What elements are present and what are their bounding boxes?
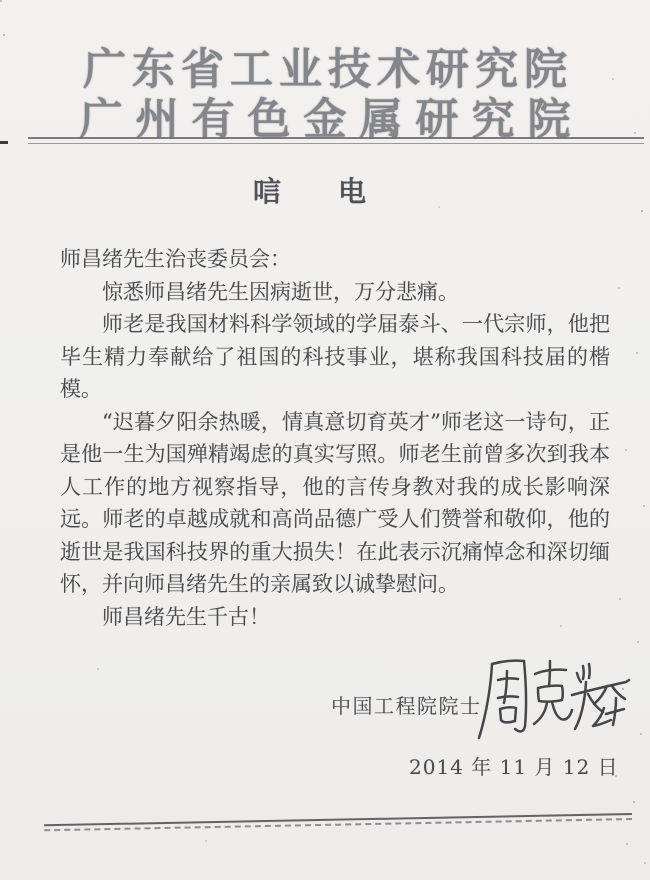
scan-edge-mark <box>0 141 8 144</box>
scan-noise-speckles <box>0 0 2 2</box>
signer-role: 中国工程院院士 <box>331 690 482 719</box>
handwritten-signature <box>476 648 636 756</box>
letter-date: 2014 年 11 月 12 日 <box>409 751 619 780</box>
footer-divider <box>44 813 632 831</box>
letterhead-divider-thin-line <box>28 143 644 144</box>
scanned-condolence-letter: 广东省工业技术研究院 广州有色金属研究院 唁电 师昌绪先生治丧委员会： 惊悉师昌… <box>0 0 650 880</box>
paragraph-4-tribute: 师昌绪先生千古！ <box>60 601 610 634</box>
paragraph-1: 惊悉师昌绪先生因病逝世，万分悲痛。 <box>60 276 610 309</box>
salutation: 师昌绪先生治丧委员会： <box>60 243 610 276</box>
paragraph-2: 师老是我国材料科学领域的学届泰斗、一代宗师，他把毕生精力奉献给了祖国的科技事业，… <box>60 308 610 406</box>
paragraph-3: “迟暮夕阳余热暖，情真意切育英才”师老这一诗句，正是他一生为国殚精竭虑的真实写照… <box>60 406 610 601</box>
document-title: 唁电 <box>253 170 423 210</box>
letter-body: 师昌绪先生治丧委员会： 惊悉师昌绪先生因病逝世，万分悲痛。 师老是我国材料科学领… <box>60 243 610 633</box>
letterhead-divider <box>28 137 644 144</box>
letterhead-divider-thick-line <box>28 137 644 139</box>
